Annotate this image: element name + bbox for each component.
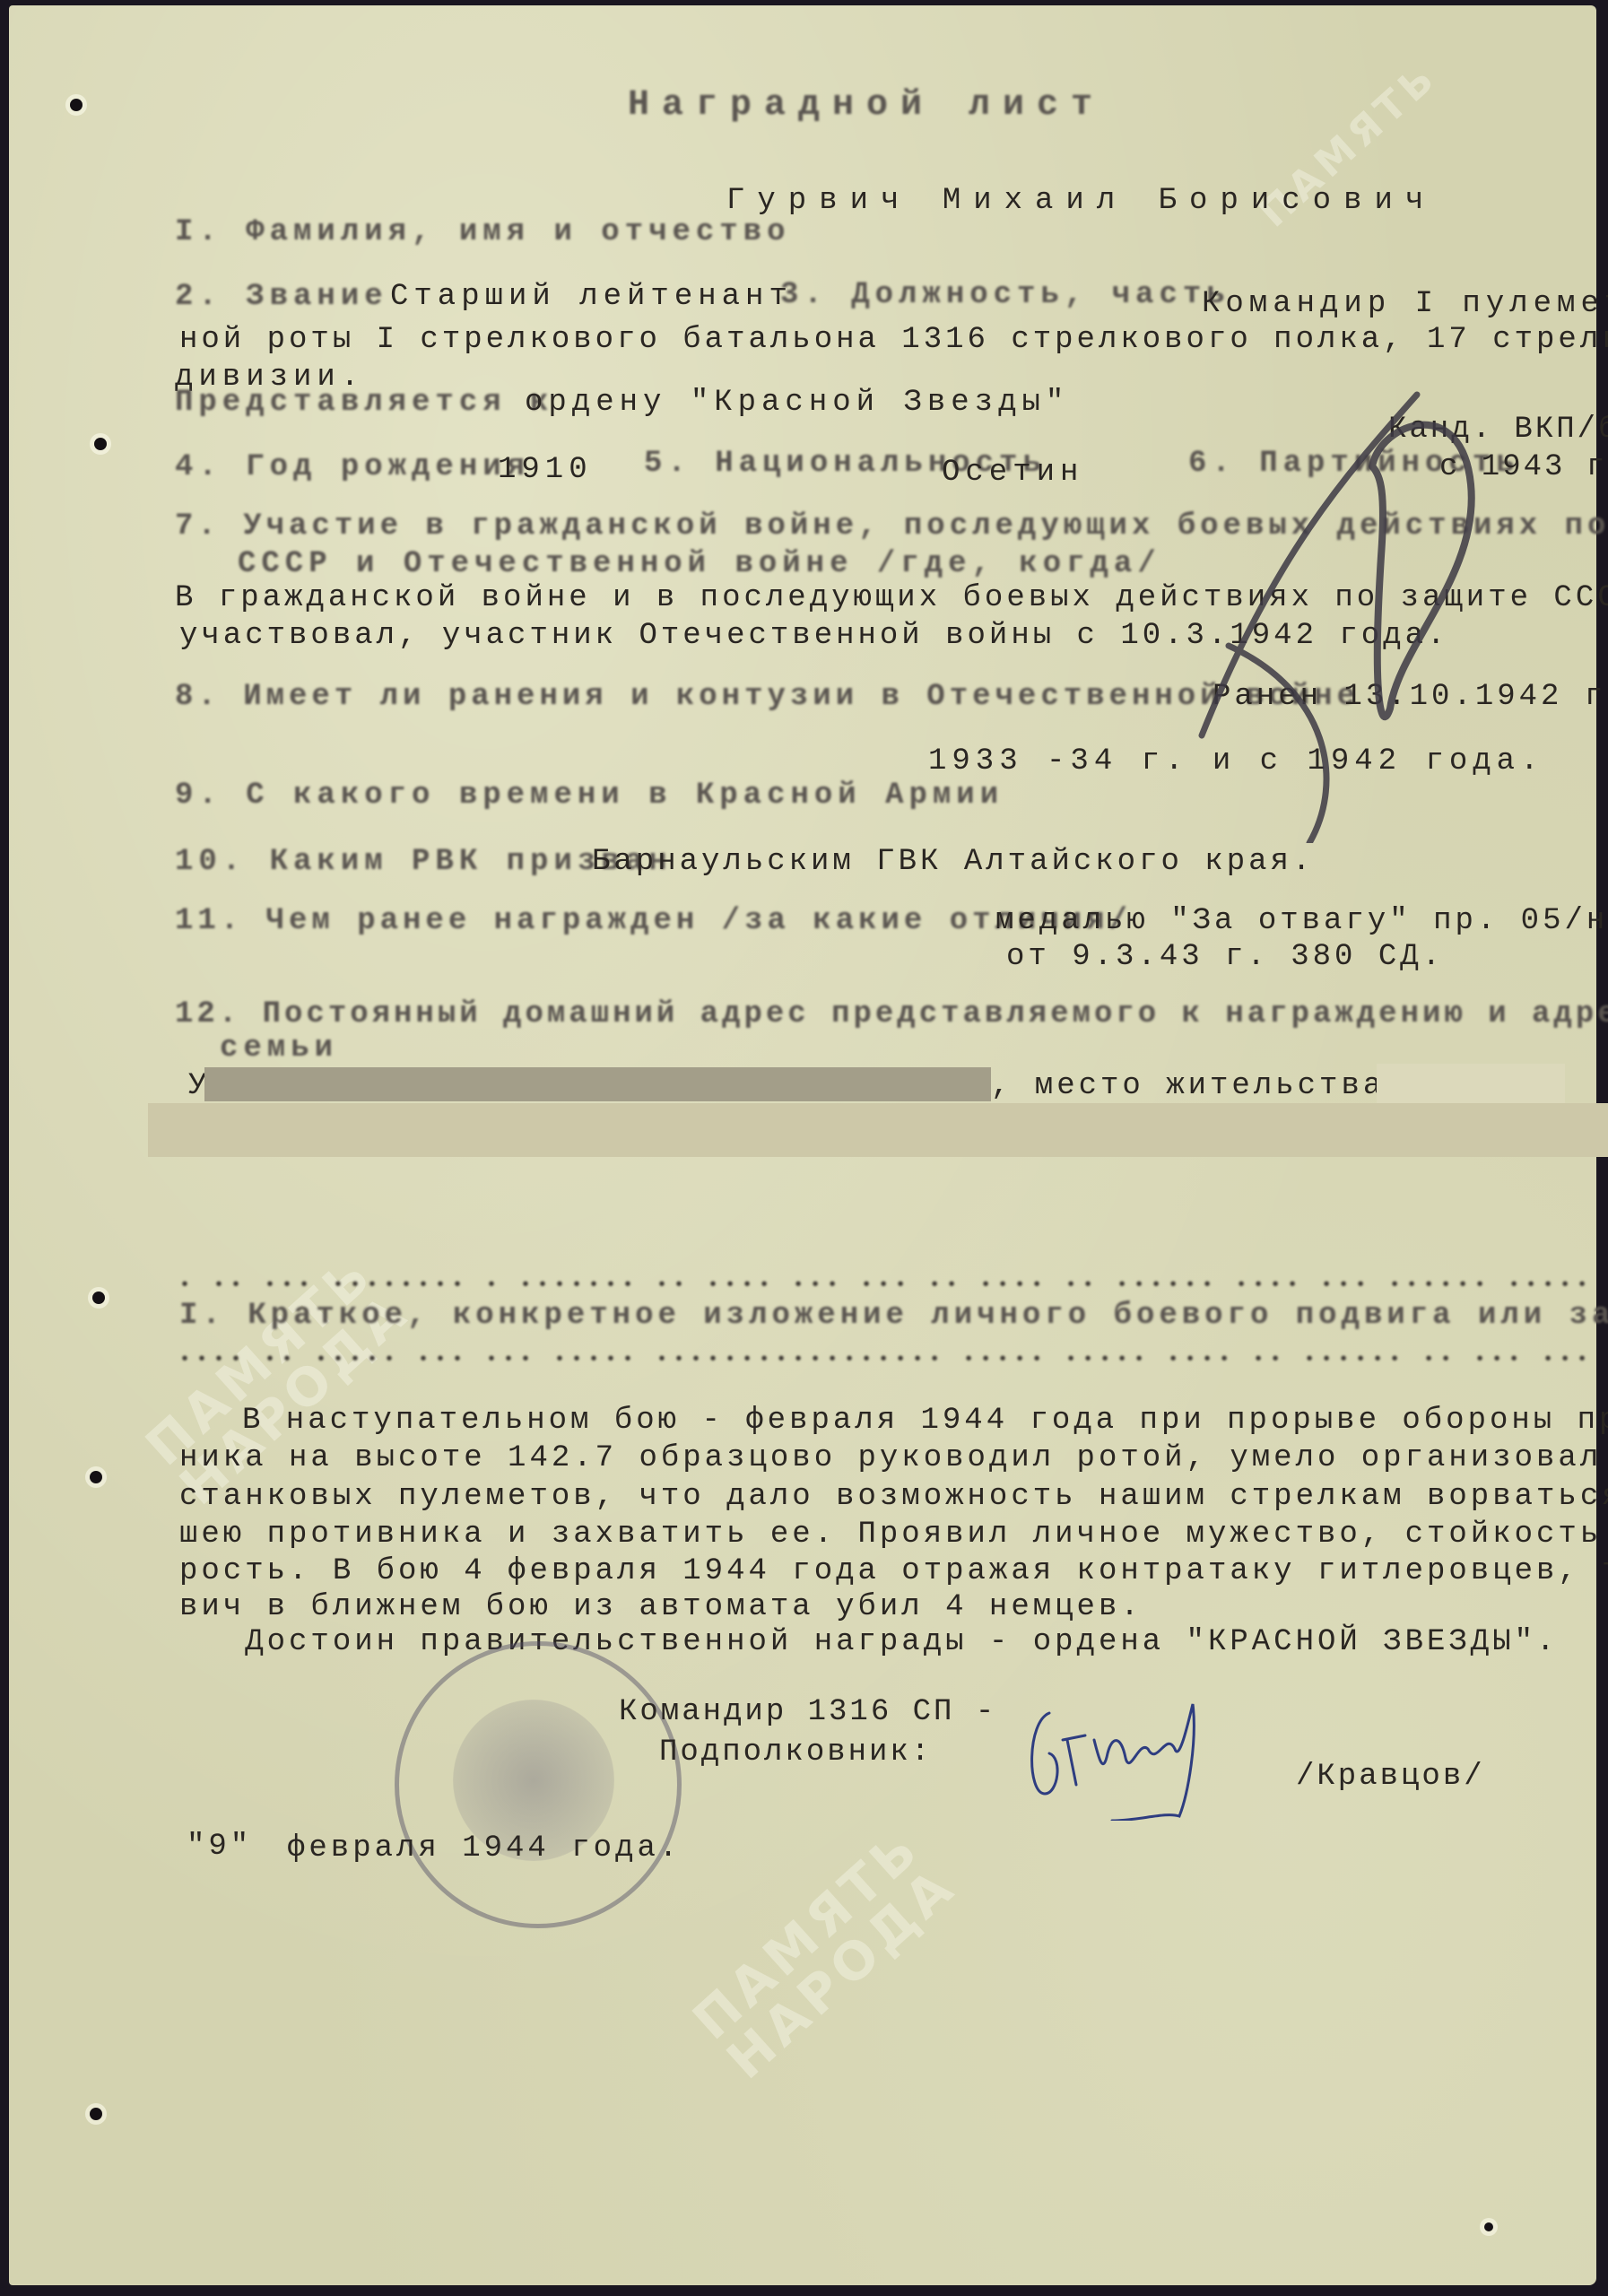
date-day: "9": [187, 1830, 252, 1864]
address-label-line1: 12. Постоянный домашний адрес представля…: [175, 997, 1608, 1031]
rank-label: 2. Звание: [175, 280, 388, 314]
signatory-name: /Кравцов/: [1296, 1760, 1485, 1794]
war-participation-label-line2: СССР и Отечественной войне /где, когда/: [238, 547, 1161, 581]
redaction-block: [206, 1067, 991, 1101]
narrative-line: станковых пулеметов, что дало возможност…: [179, 1480, 1608, 1514]
narrative-line: В наступательном бою - февраля 1944 года…: [242, 1404, 1608, 1438]
presented-label: Представляется к: [175, 386, 553, 420]
pencil-annotation: [1166, 377, 1543, 843]
official-stamp: [395, 1641, 682, 1928]
punch-hole: [94, 438, 107, 450]
divider: •••• •• ••••• ••• ••• ••••• ••••••••••••…: [179, 1350, 1587, 1370]
signatory-position-line2: Подполковник:: [659, 1735, 932, 1770]
position-label: 3. Должность, часть: [780, 278, 1230, 312]
previous-awards-value-line1: медалью "За отвагу" пр. 05/н: [995, 904, 1608, 938]
rank-value: Старший лейтенант: [390, 280, 793, 314]
narrative-line: рость. В бою 4 февраля 1944 года отражая…: [179, 1554, 1608, 1588]
section2-heading: I. Краткое, конкретное изложение личного…: [179, 1299, 1608, 1333]
punch-hole: [92, 1291, 105, 1304]
punch-hole: [90, 1471, 102, 1483]
birth-year-value: 1910: [498, 453, 593, 487]
punch-hole: [1484, 2222, 1493, 2231]
army-service-label: 9. С какого времени в Красной Армии: [175, 778, 1004, 813]
signatory-position-line1: Командир 1316 СП -: [619, 1695, 996, 1729]
nationality-value: Осетин: [942, 456, 1083, 490]
birth-year-label: 4. Год рождения: [175, 450, 530, 484]
date-rest: февраля 1944 года.: [287, 1831, 681, 1865]
position-value-line1: Командир I пулемет -: [1202, 287, 1608, 321]
punch-hole: [70, 99, 83, 111]
full-name-label: I. Фамилия, имя и отчество: [175, 215, 791, 249]
previous-awards-label: 11. Чем ранее награжден /за какие отличи…: [175, 904, 1132, 938]
address-label-line2: семьи: [220, 1031, 338, 1065]
previous-awards-value-line2: от 9.3.43 г. 380 СД.: [1006, 940, 1444, 974]
narrative-line: Достоин правительственной награды - орде…: [179, 1625, 1558, 1659]
narrative-line: шею противника и захватить ее. Проявил л…: [179, 1518, 1608, 1552]
narrative-line: ника на высоте 142.7 образцово руководил…: [179, 1441, 1608, 1475]
divider: • •• ••• •••••••• • ••••••• •• •••• ••• …: [179, 1275, 1587, 1296]
redaction-block: [1377, 1064, 1565, 1103]
document-title: Наградной лист: [628, 85, 1105, 126]
narrative-line: вич в ближнем бою из автомата убил 4 нем…: [179, 1590, 1143, 1624]
handwritten-signature: [1022, 1686, 1256, 1821]
punch-hole: [90, 2108, 102, 2120]
full-name-value: Гурвич Михаил Борисович: [726, 184, 1436, 218]
conscription-value: Барнаульским ГВК Алтайского края.: [592, 845, 1314, 879]
position-value-line2: ной роты I стрелкового батальона 1316 ст…: [179, 323, 1608, 357]
redaction-block: [148, 1103, 1608, 1157]
residence-label: , место жительства :: [991, 1069, 1429, 1103]
presented-value: ордену "Красной Звезды": [525, 386, 1069, 420]
